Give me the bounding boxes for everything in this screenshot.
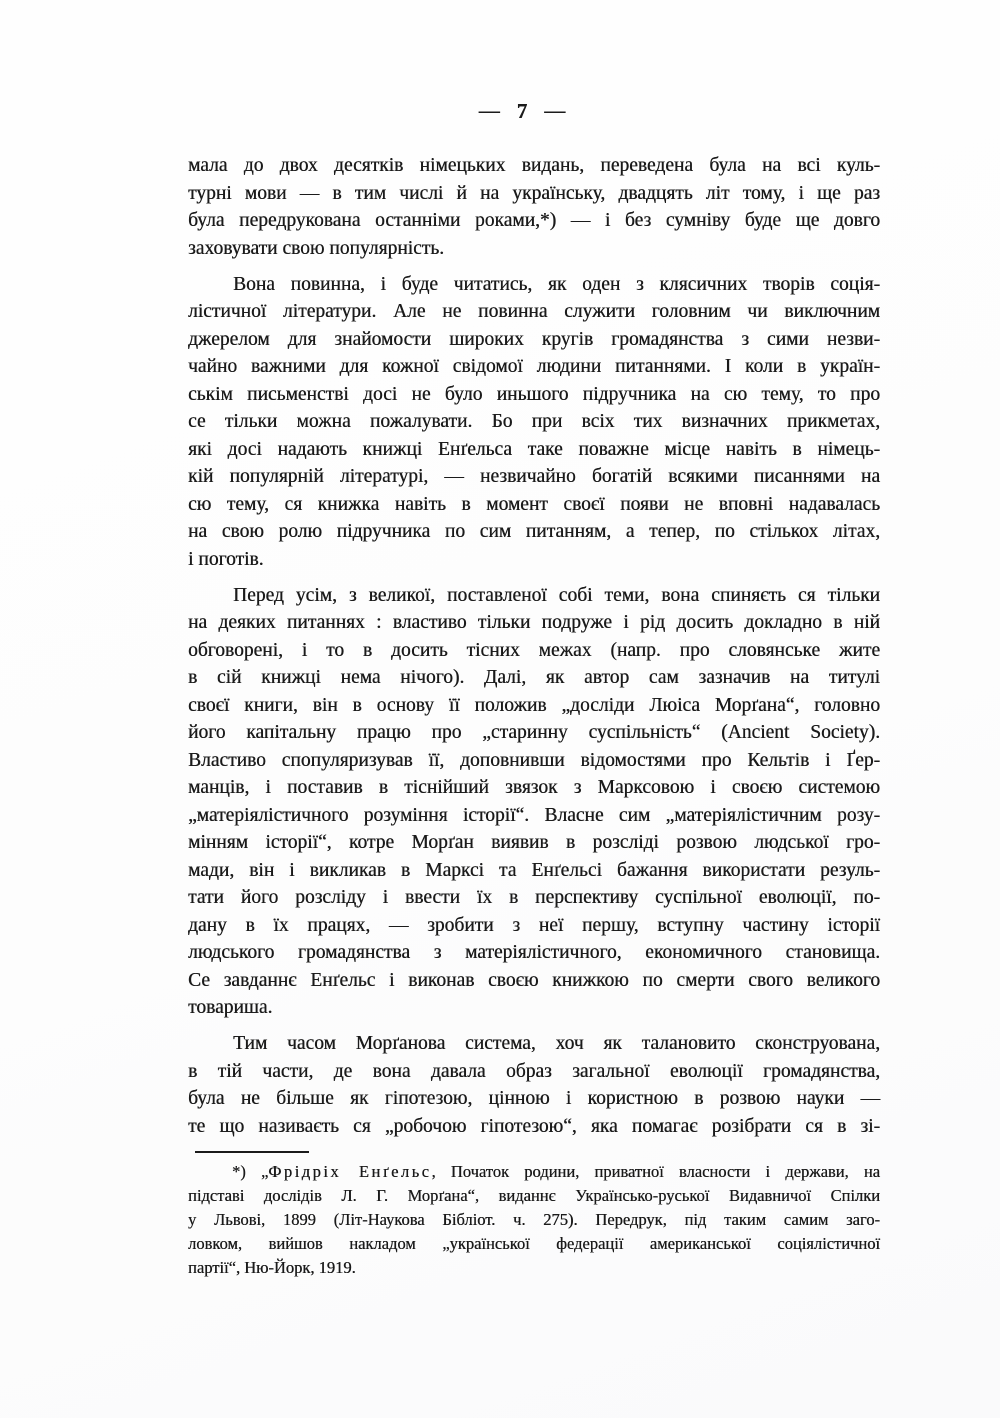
text-line: Перед усім, з великої, поставленої собі … [188, 582, 880, 610]
text-line: людського громадянства з матеріялістично… [188, 939, 880, 967]
text-line: своєї книги, він в основу її положив „до… [188, 692, 880, 720]
footnote-line1-rest: , Початок родини, приватної власности і … [431, 1162, 880, 1181]
text-line: мала до двох десятків німецьких видань, … [188, 152, 880, 180]
footnote-block: *) „Фрідріх Енґельс, Початок родини, при… [188, 1160, 880, 1280]
text-line: турні мови — в тим числі й на українську… [188, 180, 880, 208]
text-line: заховувати свою популярність. [188, 235, 880, 263]
text-line: мади, він і викликав в Марксі та Енґельс… [188, 857, 880, 885]
text-line: се тільки можна пожалувати. Бо при всіх … [188, 408, 880, 436]
text-line: товариша. [188, 994, 880, 1022]
paragraph: Тим часом Морґанова система, хоч як тала… [188, 1030, 880, 1140]
footnote-line: ловком, вийшов накладом „української фед… [188, 1232, 880, 1256]
text-line: те що називаєть ся „робочою гіпотезою“, … [188, 1113, 880, 1141]
text-line: дану в їх працях, — зробити з неї першу,… [188, 912, 880, 940]
footnote-marker: *) „ [232, 1162, 268, 1181]
paragraph: Вона повинна, і буде читатись, як оден з… [188, 271, 880, 574]
text-line: ськім письменстві досі не було иньшого п… [188, 381, 880, 409]
text-line: обговорені, і то в досить тісних межах (… [188, 637, 880, 665]
body-text-block: мала до двох десятків німецьких видань, … [188, 152, 880, 1140]
text-line: в сій книжці нема нічого). Далі, як авто… [188, 664, 880, 692]
page-header: —7— [176, 99, 868, 124]
text-line: „матеріялістичного розуміння історії“. В… [188, 802, 880, 830]
header-dash-left: — [479, 98, 500, 122]
paragraph: мала до двох десятків німецьких видань, … [188, 152, 880, 262]
text-line: на свою ролю підручника по сим питанням,… [188, 518, 880, 546]
paragraph: Перед усім, з великої, поставленої собі … [188, 582, 880, 1022]
text-line: його капітальну працю про „старинну сусп… [188, 719, 880, 747]
text-line: Вона повинна, і буде читатись, як оден з… [188, 271, 880, 299]
page-number: 7 [517, 99, 528, 123]
footnote-line: партії“, Ню-Йорк, 1919. [188, 1256, 880, 1280]
footnote-line: *) „Фрідріх Енґельс, Початок родини, при… [188, 1160, 880, 1184]
text-line: джерелом для знайомости широких кругів г… [188, 326, 880, 354]
text-line: тати його розсліду і ввести їх в перспек… [188, 884, 880, 912]
footnote-line: підставі дослідів Л. Г. Морґана“, виданн… [188, 1184, 880, 1208]
footnote-separator-rule [195, 1151, 309, 1153]
scanned-book-page: —7— мала до двох десятків німецьких вида… [0, 0, 1000, 1418]
text-line: Тим часом Морґанова система, хоч як тала… [188, 1030, 880, 1058]
footnote-author-name: Фрідріх Енґельс [268, 1162, 431, 1181]
header-dash-right: — [544, 98, 565, 122]
text-line: які досі надають книжці Енґельса таке по… [188, 436, 880, 464]
footnote-line: у Львові, 1899 (Літ-Наукова Бібліот. ч. … [188, 1208, 880, 1232]
text-line: на деяких питаннях : властиво тільки под… [188, 609, 880, 637]
text-line: Се завданнє Енґельс і виконав своєю книж… [188, 967, 880, 995]
text-line: в тій части, де вона давала образ загаль… [188, 1058, 880, 1086]
text-line: кій популярній літературі, — незвичайно … [188, 463, 880, 491]
text-line: манців, і поставив в тіснійший звязок з … [188, 774, 880, 802]
text-line: була не більше як гіпотезою, цінною і ко… [188, 1085, 880, 1113]
text-line: і поготів. [188, 546, 880, 574]
text-line: Властиво спопуляризував її, доповнивши в… [188, 747, 880, 775]
text-line: чайно важними для кожної свідомої людини… [188, 353, 880, 381]
text-line: мінням історії“, котре Морґан виявив в р… [188, 829, 880, 857]
text-line: сю тему, ся книжка навіть в момент своєї… [188, 491, 880, 519]
text-line: лістичної літератури. Але не повинна слу… [188, 298, 880, 326]
text-line: була передрукована останніми роками,*) —… [188, 207, 880, 235]
